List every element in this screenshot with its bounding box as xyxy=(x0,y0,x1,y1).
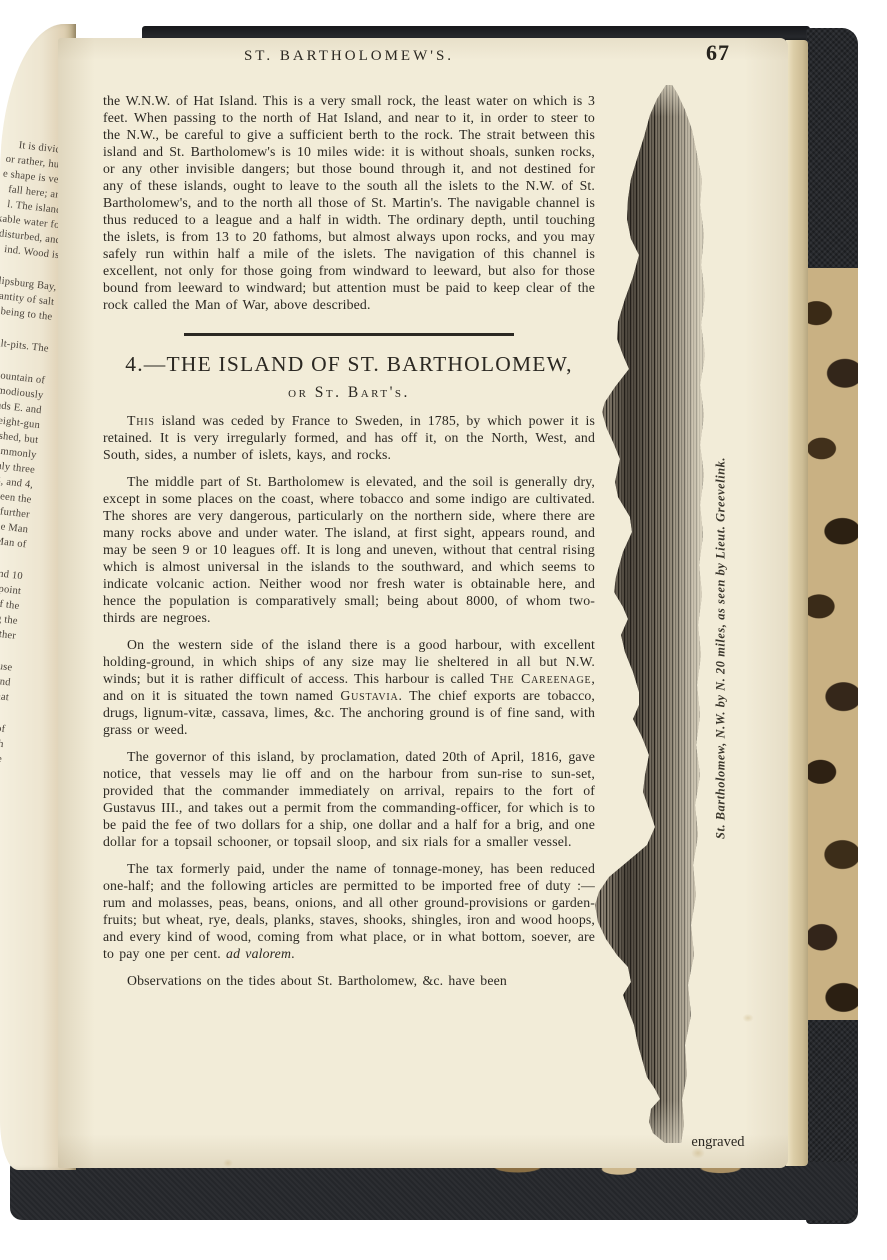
fragment-group: o mountain ofcommodiouslyrtends E. ands … xyxy=(0,366,46,552)
fragment-group: of 9 and 10S.E. pointoint of thenging th… xyxy=(0,562,24,644)
paragraph: On the western side of the island there … xyxy=(103,636,595,738)
engraving-caption: St. Bartholomew, N.W. by N. 20 miles, as… xyxy=(706,368,736,928)
section-subtitle: or St. Bart's. xyxy=(103,384,595,402)
book-cover-right xyxy=(806,28,858,1224)
fragment-line: ast house xyxy=(0,653,13,675)
page-block-fore-edge xyxy=(786,40,808,1166)
fragment-line: salt-pits. The xyxy=(0,334,49,356)
running-title: ST. BARTHOLOMEW'S. xyxy=(103,48,595,65)
marbled-paper-edge xyxy=(806,268,858,1020)
section-divider-rule xyxy=(184,333,514,336)
fragment-line: n point of xyxy=(0,715,6,737)
fragment-line: of 9 and 10 xyxy=(0,562,24,584)
book-cover-bottom xyxy=(10,1162,856,1220)
fragment-group: n point ofle's lengthd. Of they the sun'… xyxy=(0,715,6,797)
section-body: This island was ceded by France to Swede… xyxy=(103,412,595,989)
fragment-group: hilipsburg Bay,quantity of saltr being t… xyxy=(0,273,56,325)
intro-continuation: the W.N.W. of Hat Island. This is a very… xyxy=(103,92,595,313)
fragment-group: salt-pits. The xyxy=(0,334,49,356)
page-number: 67 xyxy=(706,40,766,66)
paragraph: The tax formerly paid, under the name of… xyxy=(103,860,595,962)
paragraph: The middle part of St. Bartholomew is el… xyxy=(103,473,595,626)
coastal-profile-engraving xyxy=(588,85,718,1143)
paragraph: This island was ceded by France to Swede… xyxy=(103,412,595,463)
book-photograph: It is dividedor rather, hugee shape is v… xyxy=(0,0,887,1260)
paragraph: Observations on the tides about St. Bart… xyxy=(103,972,595,989)
book-page: ST. BARTHOLOMEW'S. 67 the W.N.W. of Hat … xyxy=(58,38,788,1168)
text-column: the W.N.W. of Hat Island. This is a very… xyxy=(103,82,595,989)
section-title: 4.—THE ISLAND OF ST. BARTHOLOMEW, xyxy=(103,352,595,377)
paragraph: the W.N.W. of Hat Island. This is a very… xyxy=(103,92,595,313)
catchword: engraved xyxy=(618,1134,818,1151)
fragment-group: ast houseulated andmind that xyxy=(0,653,13,705)
paragraph: The governor of this island, by proclama… xyxy=(103,748,595,850)
